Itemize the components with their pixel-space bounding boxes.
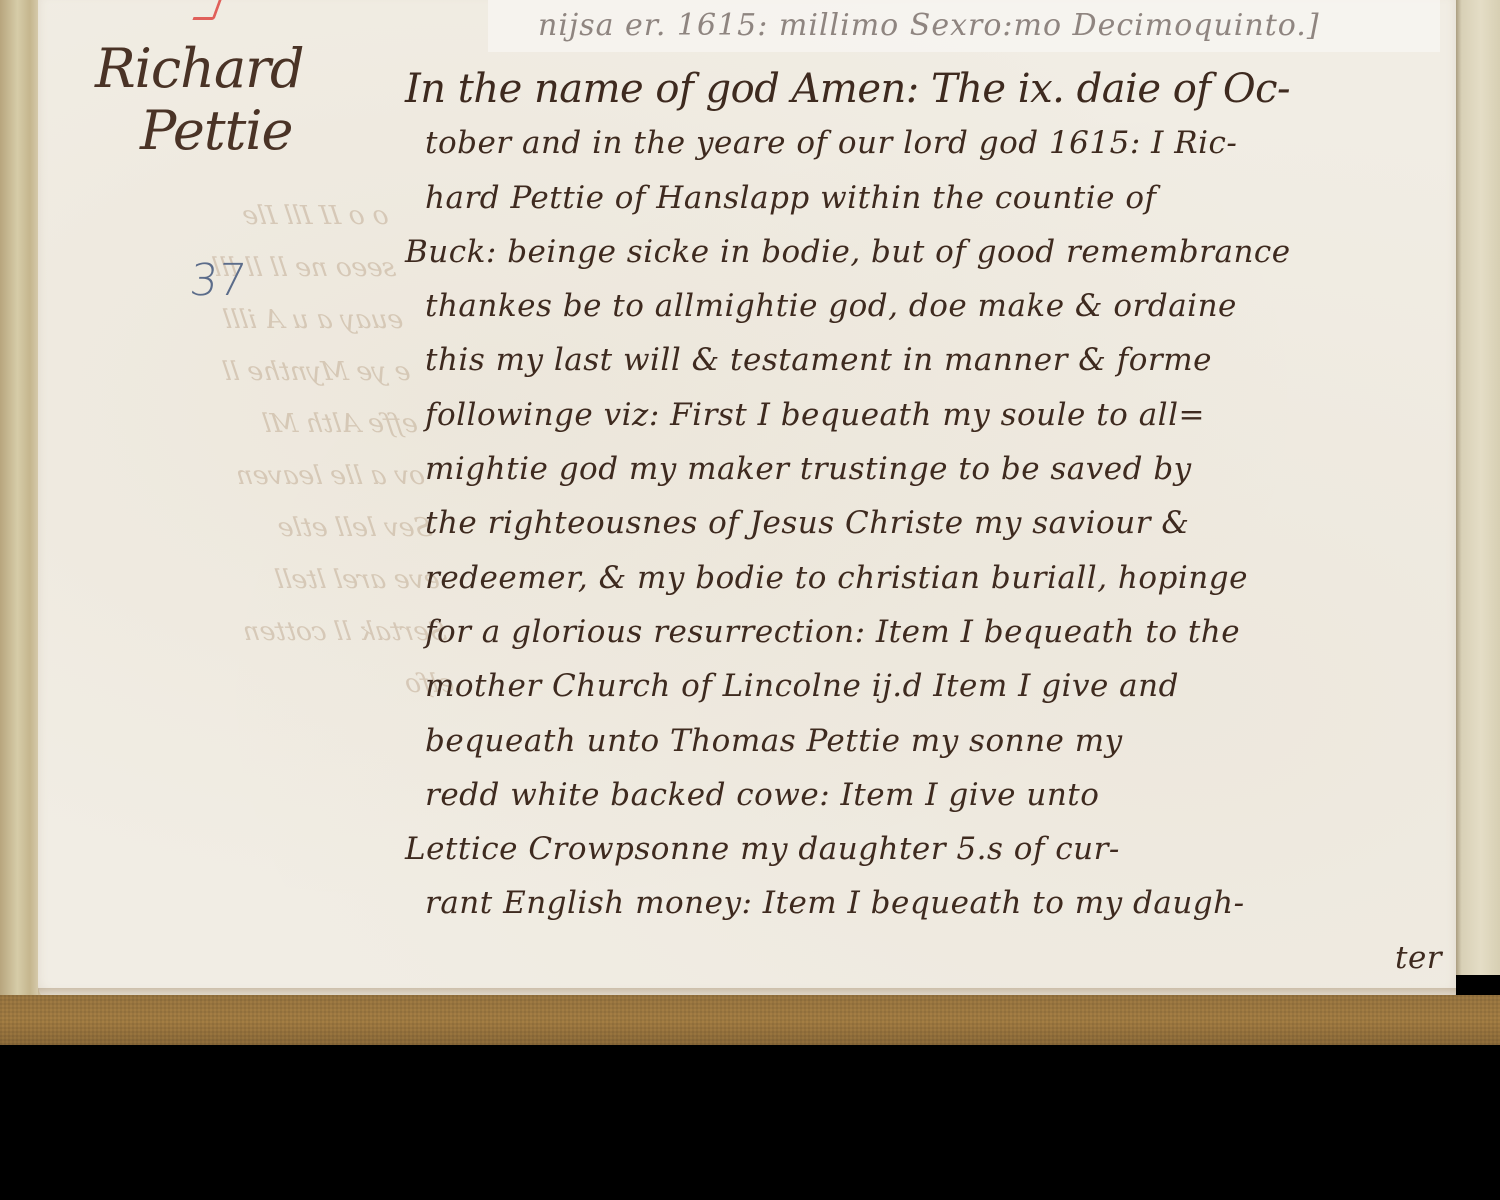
text-line: mightie god my maker trustinge to be sav… (405, 442, 1445, 496)
bleed-line: Sertak ll cotten (133, 606, 450, 658)
bleed-line: effe Alth Ml (104, 398, 421, 450)
text-line: hard Pettie of Hanslapp within the count… (405, 171, 1445, 225)
text-line: this my last will & testament in manner … (405, 333, 1445, 387)
text-line: bequeath unto Thomas Pettie my sonne my (405, 714, 1445, 768)
cloth-binding-board (0, 995, 1500, 1045)
bleed-line: o o II Ill Ile (75, 190, 392, 242)
marginal-testator-name: Richard Pettie (95, 38, 375, 162)
bleed-line: euay a u A illl (89, 294, 406, 346)
bleed-line: e ye Mynthe ll (97, 346, 414, 398)
text-line: mother Church of Lincolne ij.d Item I gi… (405, 659, 1445, 713)
text-line: ter (405, 931, 1445, 985)
bleed-line: Sev lell etle (118, 502, 435, 554)
previous-entry-strip: nijsa er. 1615: millimo Sexro:mo Decimoq… (488, 0, 1440, 52)
manuscript-photo: o o II Ill Ile seeo ne ll ll lll euay a … (0, 0, 1500, 1200)
margin-name-first: Richard (95, 38, 375, 100)
folio-number: 37 (187, 255, 248, 306)
text-line: tober and in the yeare of our lord god 1… (405, 116, 1445, 170)
bleed-line: ov a lle leaven (111, 450, 428, 502)
text-line: redd white backed cowe: Item I give unto (405, 768, 1445, 822)
text-line: In the name of god Amen: The ix. daie of… (405, 62, 1445, 116)
right-facing-page-edge (1452, 0, 1500, 975)
bleed-line: eve arel ltell (126, 554, 443, 606)
margin-name-surname: Pettie (95, 100, 375, 162)
text-line: the righteousnes of Jesus Christe my sav… (405, 496, 1445, 550)
text-line: rant English money: Item I bequeath to m… (405, 876, 1445, 930)
text-line: for a glorious resurrection: Item I bequ… (405, 605, 1445, 659)
text-line: redeemer, & my bodie to christian burial… (405, 551, 1445, 605)
text-line: followinge viz: First I bequeath my soul… (405, 388, 1445, 442)
text-line: Lettice Crowpsonne my daughter 5.s of cu… (405, 822, 1445, 876)
text-line: Buck: beinge sicke in bodie, but of good… (405, 225, 1445, 279)
will-body-text: In the name of god Amen: The ix. daie of… (405, 62, 1445, 985)
previous-entry-text: nijsa er. 1615: millimo Sexro:mo Decimoq… (538, 8, 1320, 43)
text-line: thankes be to allmightie god, doe make &… (405, 279, 1445, 333)
